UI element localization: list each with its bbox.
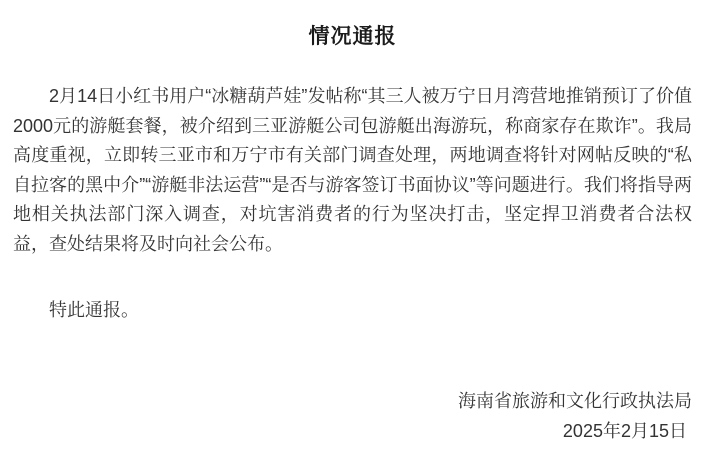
signature-organization: 海南省旅游和文化行政执法局 [13, 386, 692, 416]
signature-block: 海南省旅游和文化行政执法局 2025年2月15日 [13, 386, 692, 446]
signature-date: 2025年2月15日 [13, 416, 692, 446]
document-title: 情况通报 [13, 24, 692, 50]
main-paragraph: 2月14日小红书用户“冰糖葫芦娃”发帖称“其三人被万宁日月湾营地推销预订了价值2… [13, 82, 692, 259]
closing-paragraph: 特此通报。 [13, 296, 692, 326]
notice-document: 情况通报 2月14日小红书用户“冰糖葫芦娃”发帖称“其三人被万宁日月湾营地推销预… [0, 0, 705, 455]
document-body: 2月14日小红书用户“冰糖葫芦娃”发帖称“其三人被万宁日月湾营地推销预订了价值2… [13, 82, 692, 446]
